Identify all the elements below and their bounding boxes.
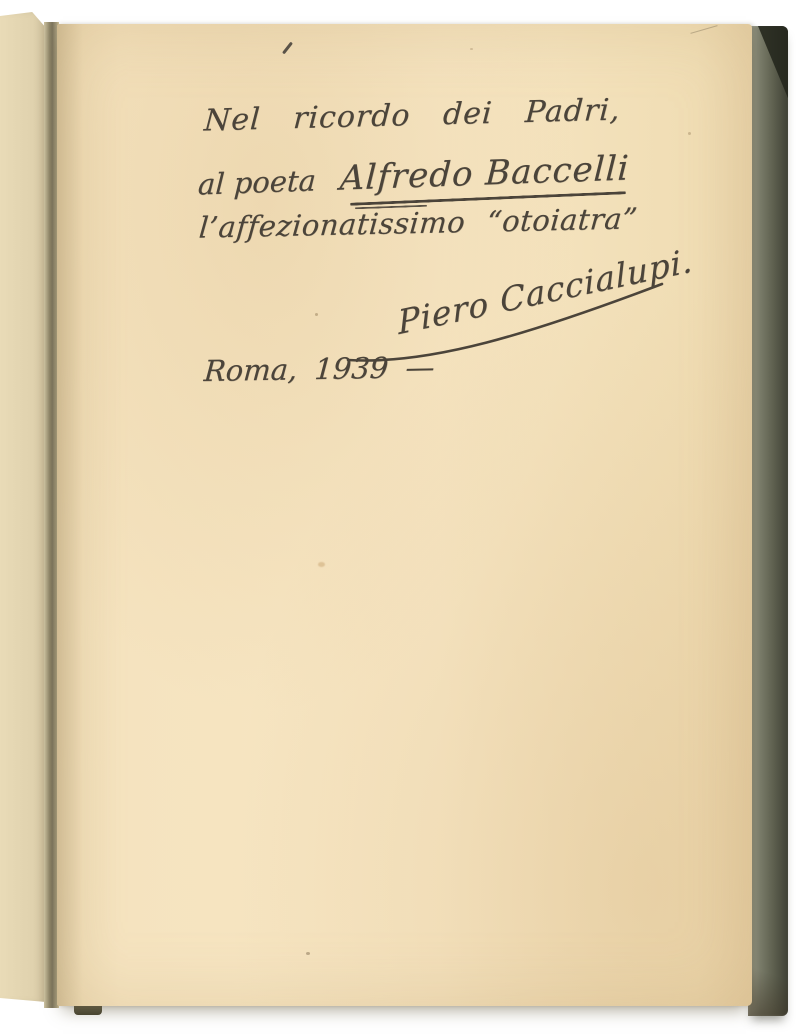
book-photo: Nel ricordo dei Padri, al poetaAlfredo B… (0, 0, 800, 1035)
foxing-spot (688, 132, 691, 135)
foxing-spot (306, 952, 310, 955)
foxing-spot (318, 562, 325, 567)
foxing-spot (470, 48, 473, 50)
inscription-line-2-prefix: al poeta (197, 163, 317, 201)
foxing-spot (315, 313, 318, 316)
inscription-place-date: Roma, 1939 — (203, 350, 436, 388)
book-cover-edge (748, 26, 788, 1016)
left-page-edge (0, 12, 46, 1002)
